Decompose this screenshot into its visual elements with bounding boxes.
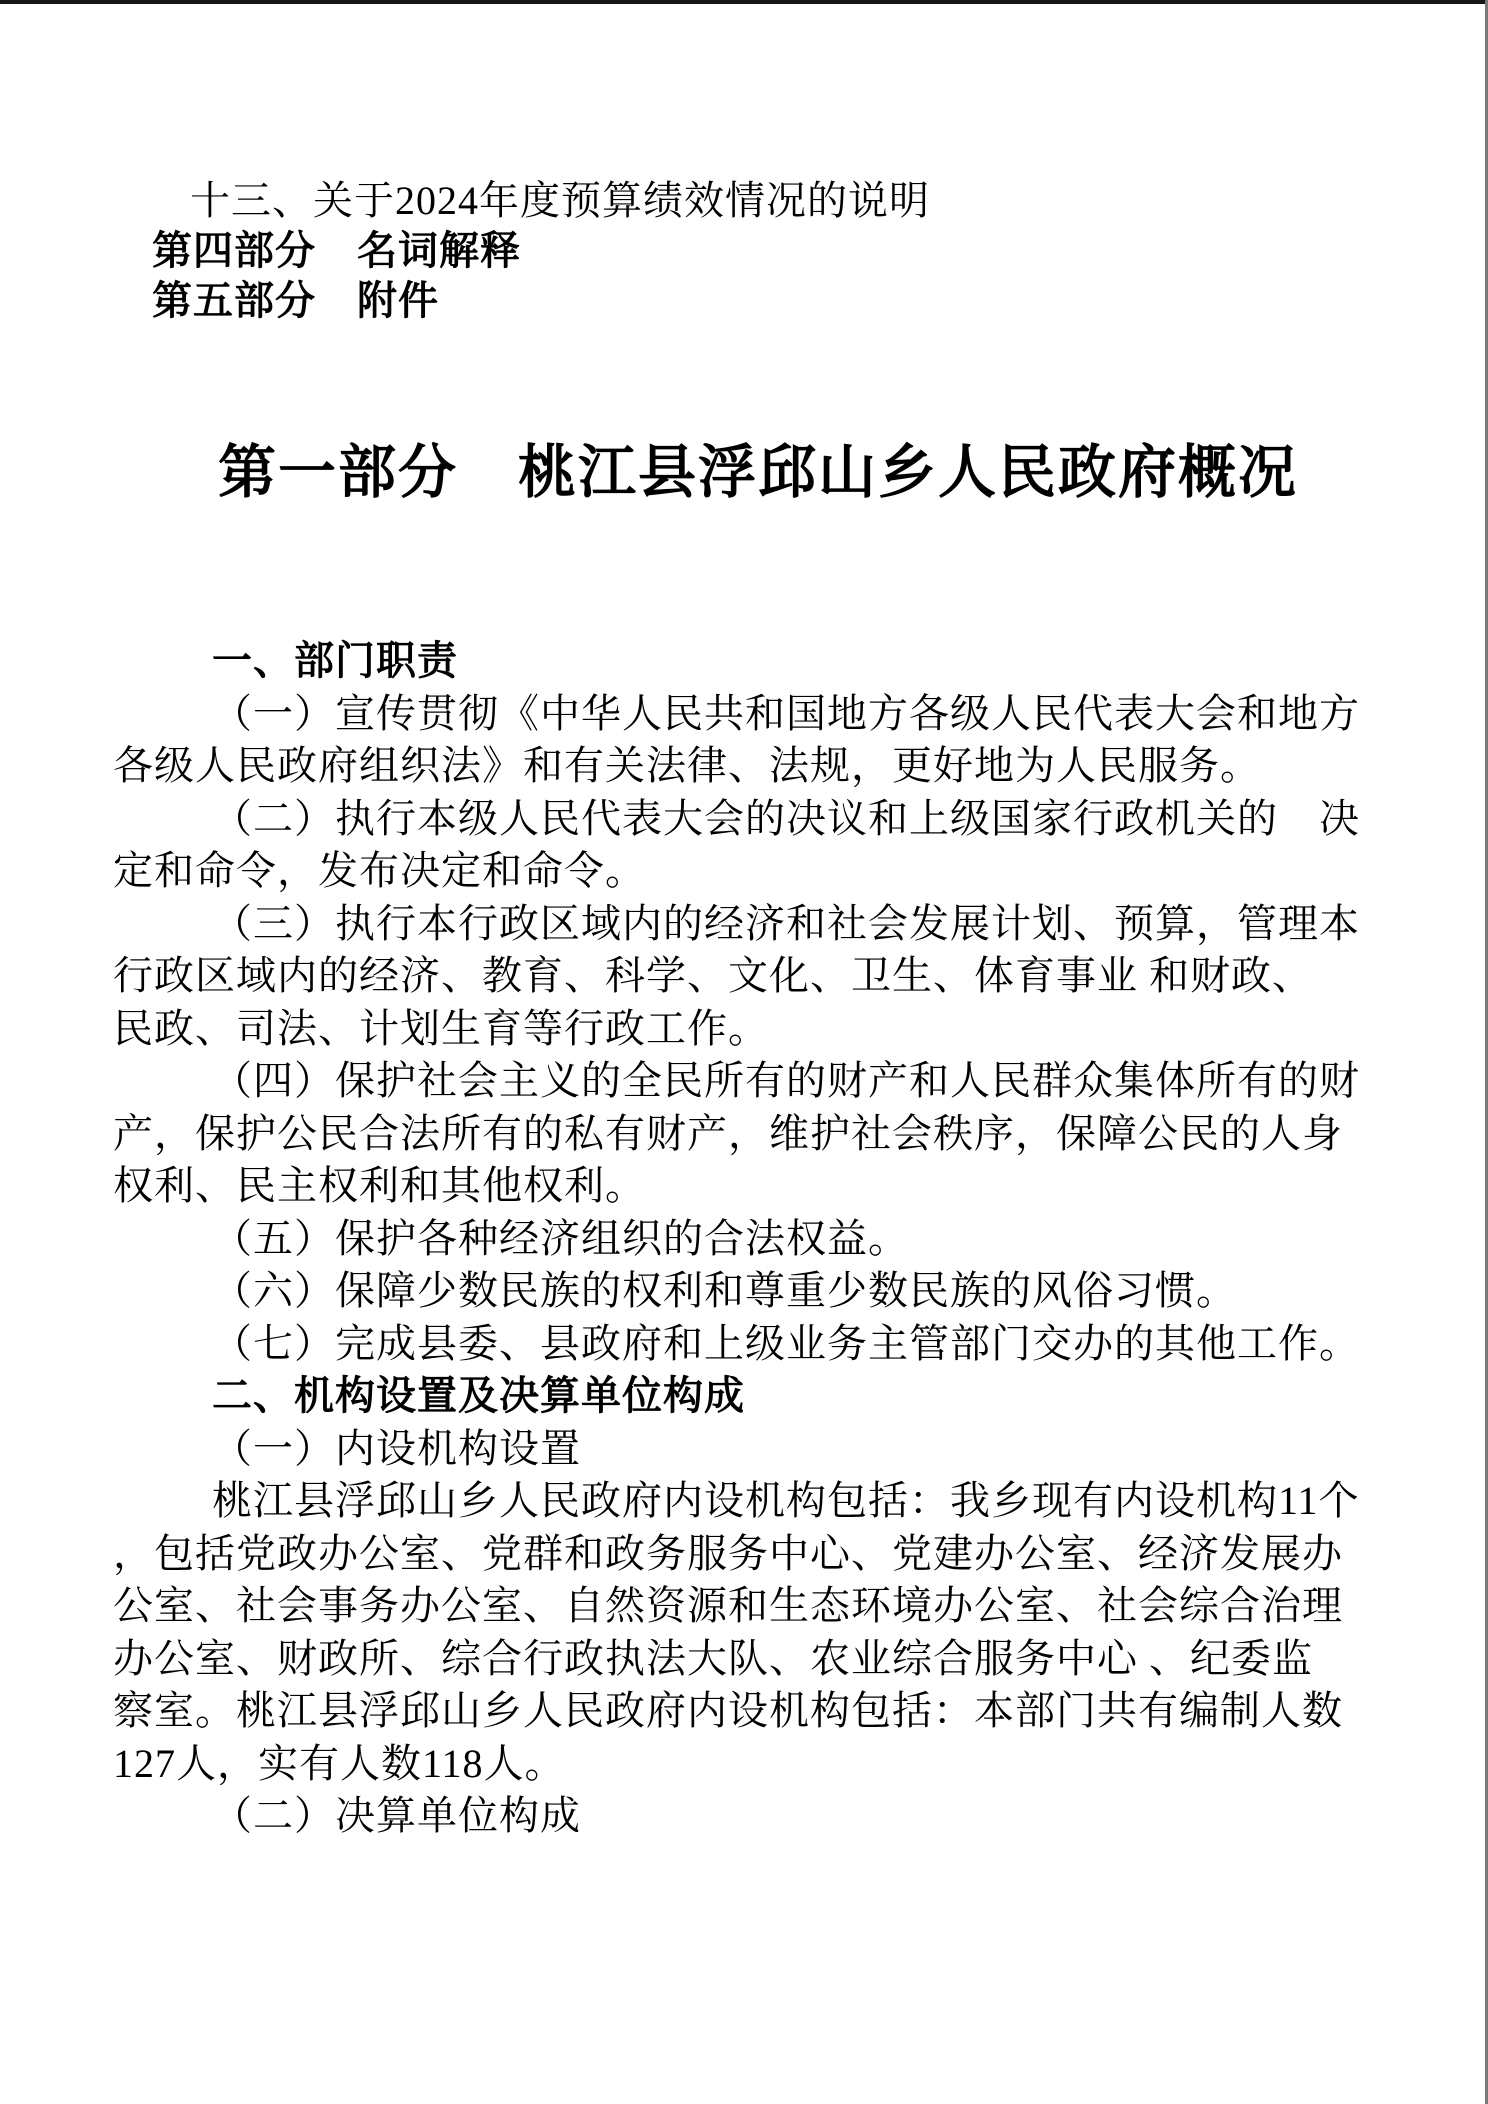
text-line: 各级人民政府组织法》和有关法律、法规，更好地为人民服务。 — [113, 740, 1488, 793]
text-line: （一）内设机构设置 — [113, 1423, 1488, 1476]
text-line: （二）决算单位构成 — [113, 1790, 1488, 1843]
text-line: 察室。桃江县浮邱山乡人民政府内设机构包括：本部门共有编制人数 — [113, 1685, 1488, 1738]
text-line: 产，保护公民合法所有的私有财产，维护社会秩序，保障公民的人身 — [113, 1108, 1488, 1161]
page-top-edge — [0, 0, 1488, 4]
text-line: 权利、民主权利和其他权利。 — [113, 1160, 1488, 1213]
text-line: 二、机构设置及决算单位构成 — [113, 1370, 1488, 1423]
text-line: 十三、关于2024年度预算绩效情况的说明 — [113, 176, 1488, 226]
text-line: 第五部分 附件 — [113, 276, 1488, 326]
page-content: 十三、关于2024年度预算绩效情况的说明第四部分 名词解释第五部分 附件 第一部… — [0, 0, 1488, 1843]
text-line: 公室、社会事务办公室、自然资源和生态环境办公室、社会综合治理 — [113, 1580, 1488, 1633]
text-line: （七）完成县委、县政府和上级业务主管部门交办的其他工作。 — [113, 1318, 1488, 1371]
text-line: （五）保护各种经济组织的合法权益。 — [113, 1213, 1488, 1266]
text-line: 一、部门职责 — [113, 635, 1488, 688]
document-page: 十三、关于2024年度预算绩效情况的说明第四部分 名词解释第五部分 附件 第一部… — [0, 0, 1488, 2104]
text-line: （一）宣传贯彻《中华人民共和国地方各级人民代表大会和地方 — [113, 688, 1488, 741]
text-line: ，包括党政办公室、党群和政务服务中心、党建办公室、经济发展办 — [113, 1528, 1488, 1581]
text-line: （二）执行本级人民代表大会的决议和上级国家行政机关的 决 — [113, 793, 1488, 846]
text-line: 民政、司法、计划生育等行政工作。 — [113, 1003, 1488, 1056]
text-line: （六）保障少数民族的权利和尊重少数民族的风俗习惯。 — [113, 1265, 1488, 1318]
text-line: （四）保护社会主义的全民所有的财产和人民群众集体所有的财 — [113, 1055, 1488, 1108]
text-line: 桃江县浮邱山乡人民政府内设机构包括：我乡现有内设机构11个 — [113, 1475, 1488, 1528]
text-line: 定和命令，发布决定和命令。 — [113, 845, 1488, 898]
text-line: 行政区域内的经济、教育、科学、文化、卫生、体育事业 和财政、 — [113, 950, 1488, 1003]
text-line: 第四部分 名词解释 — [113, 226, 1488, 276]
text-line: （三）执行本行政区域内的经济和社会发展计划、预算，管理本 — [113, 898, 1488, 951]
table-of-contents: 十三、关于2024年度预算绩效情况的说明第四部分 名词解释第五部分 附件 — [0, 176, 1488, 326]
page-title: 第一部分 桃江县浮邱山乡人民政府概况 — [0, 433, 1488, 513]
text-line: 127人，实有人数118人。 — [113, 1738, 1488, 1791]
body-text: 一、部门职责（一）宣传贯彻《中华人民共和国地方各级人民代表大会和地方各级人民政府… — [0, 635, 1488, 1843]
text-line: 办公室、财政所、综合行政执法大队、农业综合服务中心 、纪委监 — [113, 1633, 1488, 1686]
